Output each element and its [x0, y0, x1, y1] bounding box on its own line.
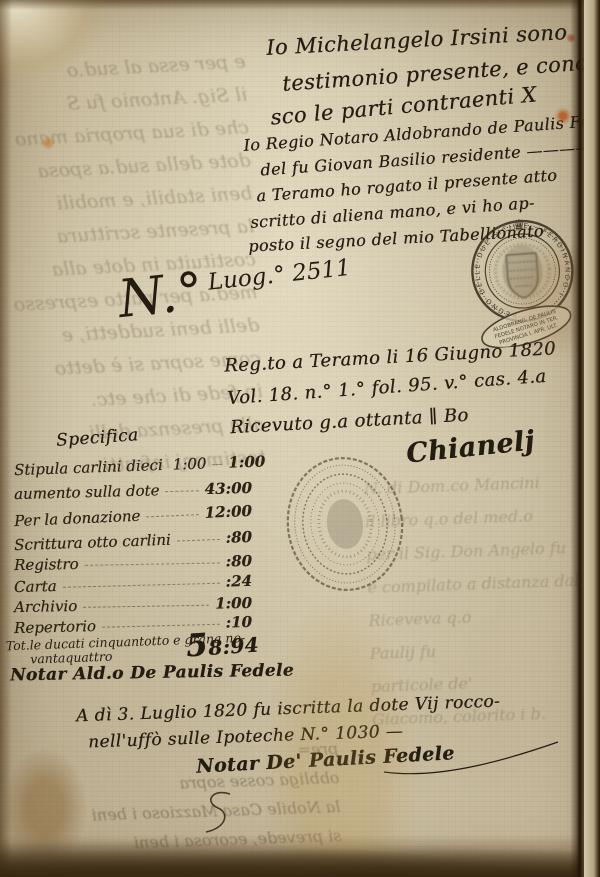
ghost-line: dote della sud.a sposa — [0, 144, 252, 191]
fee-amount: 1:00 — [215, 594, 252, 613]
page-edge-left — [0, 0, 12, 877]
leader-dashes — [85, 562, 220, 565]
fees-total-amount: 58:94 — [185, 624, 260, 665]
torn-corner-top-left — [0, 0, 109, 93]
witness-attestation-line: Io Michelangelo Irsini sono — [266, 20, 568, 60]
fee-row: Stipula carlini dieci 1:00 1:00 — [14, 453, 252, 479]
receiver-signature: Chianelj — [405, 425, 536, 469]
ghost-line: che di sua propria mano — [0, 111, 250, 158]
fees-title: Specifica — [55, 425, 139, 451]
hypothec-note-line: A dì 3. Luglio 1820 fu iscritta la dote … — [76, 692, 501, 727]
fee-amount-pre: 1:00 — [172, 454, 206, 473]
protocol-label: Luog.° 2511 — [207, 255, 352, 296]
coat-of-arms — [494, 242, 552, 300]
fee-label: Scrittura otto carlini — [14, 531, 171, 554]
ghost-line: Paulij fu — [369, 629, 600, 670]
registry-oval-stamp — [272, 445, 419, 605]
fee-label: Carta — [14, 577, 57, 596]
ghost-line: Riceveva q.o — [368, 596, 600, 637]
fee-label: Registro — [14, 555, 79, 574]
signature-flourish — [382, 738, 562, 778]
fee-amount: 1:00 — [228, 452, 265, 471]
fee-amount: 43:00 — [204, 479, 252, 498]
paraph-mark — [198, 788, 242, 838]
fee-label: Archivio — [14, 597, 77, 616]
fee-label: Stipula carlini dieci — [14, 456, 163, 479]
leader-dashes — [177, 539, 220, 541]
leader-dashes — [146, 514, 198, 517]
fee-row: Per la donazione 12:00 — [14, 502, 253, 530]
registration-line: Ricevuto g.a ottanta ∥ Bo — [230, 405, 469, 438]
fee-row: Carta :24 — [14, 572, 252, 596]
ghost-line: in fede di che etc. — [0, 375, 263, 422]
witness-attestation-line: testimonio presente, e cono- — [282, 50, 597, 96]
ghost-line: beni stabili, e mobili — [0, 177, 253, 224]
leader-dashes — [83, 605, 209, 608]
ghost-line: il Sig. Antonio fu S — [0, 78, 248, 125]
manuscript-page: e per essa al sud.o il Sig. Antonio fu S… — [0, 0, 600, 877]
ghost-line: come sopra si è detto — [0, 342, 262, 389]
fee-row: aumento sulla dote 43:00 — [14, 479, 252, 503]
page-edge-top — [0, 0, 600, 10]
fee-label: Per la donazione — [14, 507, 141, 530]
fee-amount: :24 — [225, 572, 252, 591]
leader-dashes — [212, 464, 222, 465]
fee-row: Archivio 1:00 — [14, 594, 252, 616]
fee-amount: 12:00 — [204, 502, 252, 522]
ghost-line: e per essa al sud.o — [0, 45, 246, 92]
fee-row: Scrittura otto carlini :80 — [14, 528, 252, 554]
ghost-line: si prevede, ecorosa i beni — [1, 821, 342, 862]
protocol-number: N.°Luog.° 2511 — [116, 250, 354, 326]
fee-label: Repertorio — [14, 617, 96, 637]
fee-amount: :80 — [225, 528, 252, 547]
fee-amount: :80 — [225, 552, 252, 570]
fee-label: aumento sulla dote — [14, 481, 160, 503]
leader-dashes — [63, 583, 220, 588]
leader-dashes — [165, 490, 198, 492]
fee-row: Registro :80 — [14, 552, 252, 574]
next-page-sliver — [584, 0, 600, 877]
notary-signature-fees: Notar Ald.o De Paulis Fedele — [10, 661, 294, 686]
ghost-line: la presente scrittura — [0, 210, 255, 257]
protocol-initial: N.° — [116, 262, 207, 331]
ghost-line: la Nobile Casa Mazzioso i beni — [0, 792, 341, 833]
page-edge-bottom — [0, 835, 600, 877]
